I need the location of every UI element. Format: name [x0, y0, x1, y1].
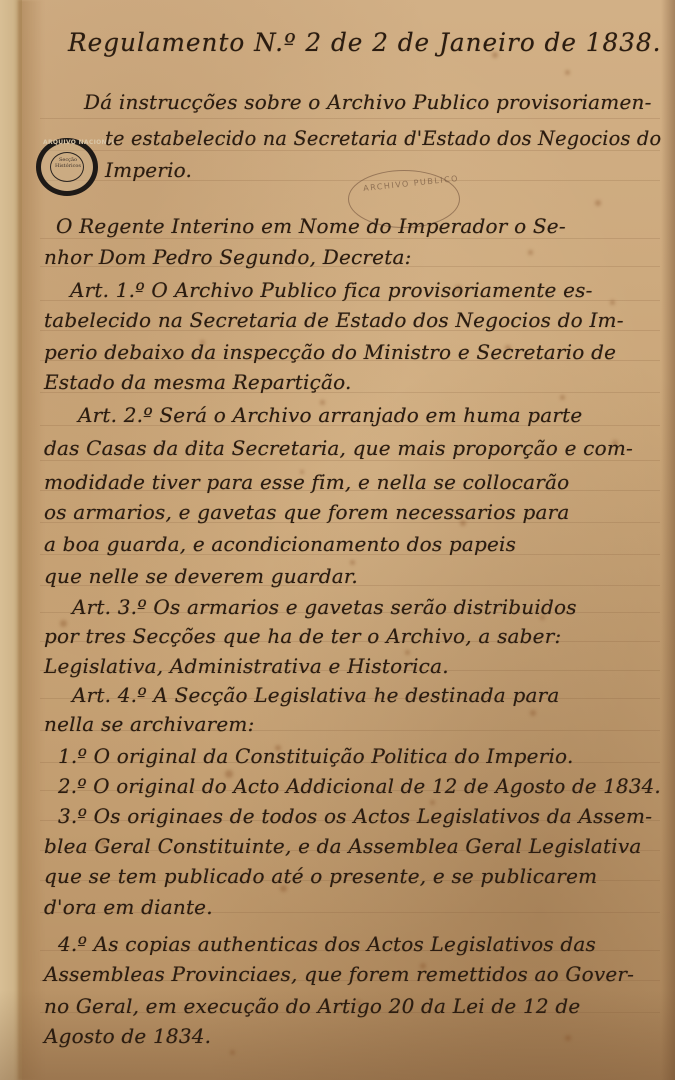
- body-line: tabelecido na Secretaria de Estado dos N…: [44, 308, 624, 332]
- right-edge-shadow: [661, 0, 675, 1080]
- body-line: a boa guarda, e acondicionamento dos pap…: [44, 532, 516, 556]
- list-item-3: 3.º Os originaes de todos os Actos Legis…: [58, 804, 652, 828]
- document-title: Regulamento N.º 2 de 2 de Janeiro de 183…: [68, 28, 661, 57]
- body-line: modidade tiver para esse fim, e nella se…: [44, 470, 569, 494]
- body-line: Agosto de 1834.: [44, 1024, 211, 1048]
- body-line: O Regente Interino em Nome do Imperador …: [56, 214, 566, 238]
- body-line: Assembleas Provinciaes, que forem remett…: [44, 962, 634, 986]
- stamp-center-text: Secção Históricos: [53, 157, 83, 169]
- archive-round-stamp: ARQUIVO NACIONAL Secção Históricos: [36, 138, 98, 196]
- manuscript-page: ARQUIVO NACIONAL Secção Históricos ARCHI…: [0, 0, 675, 1080]
- body-line: das Casas da dita Secretaria, que mais p…: [44, 436, 633, 460]
- list-item-2: 2.º O original do Acto Addicional de 12 …: [58, 774, 661, 798]
- article-2-heading: Art. 2.º Será o Archivo arranjado em hum…: [78, 403, 582, 427]
- body-line: que se tem publicado até o presente, e s…: [44, 864, 597, 888]
- list-item-4: 4.º As copias authenticas dos Actos Legi…: [58, 932, 596, 956]
- body-line: Estado da mesma Repartição.: [44, 370, 352, 394]
- oval-stamp-text: ARCHIVO PUBLICO: [363, 174, 460, 193]
- summary-line-3: Imperio.: [105, 158, 192, 182]
- summary-line-2: te estabelecido na Secretaria d'Estado d…: [105, 126, 661, 150]
- body-line: no Geral, em execução do Artigo 20 da Le…: [44, 994, 580, 1018]
- body-line: que nelle se deverem guardar.: [44, 564, 358, 588]
- article-4-heading: Art. 4.º A Secção Legislativa he destina…: [72, 683, 560, 707]
- body-line: perio debaixo da inspecção do Ministro e…: [44, 340, 616, 364]
- article-1-heading: Art. 1.º O Archivo Publico fica provisor…: [70, 278, 593, 302]
- summary-line-1: Dá instrucções sobre o Archivo Publico p…: [84, 90, 652, 114]
- body-line: blea Geral Constituinte, e da Assemblea …: [44, 834, 641, 858]
- body-line: por tres Secções que ha de ter o Archivo…: [44, 624, 561, 648]
- body-line: nella se archivarem:: [44, 712, 255, 736]
- list-item-1: 1.º O original da Constituição Politica …: [58, 744, 574, 768]
- body-line: nhor Dom Pedro Segundo, Decreta:: [44, 245, 412, 269]
- body-line: d'ora em diante.: [44, 895, 213, 919]
- body-line: os armarios, e gavetas que forem necessa…: [44, 500, 570, 524]
- article-3-heading: Art. 3.º Os armarios e gavetas serão dis…: [72, 595, 577, 619]
- body-line: Legislativa, Administrativa e Historica.: [44, 654, 449, 678]
